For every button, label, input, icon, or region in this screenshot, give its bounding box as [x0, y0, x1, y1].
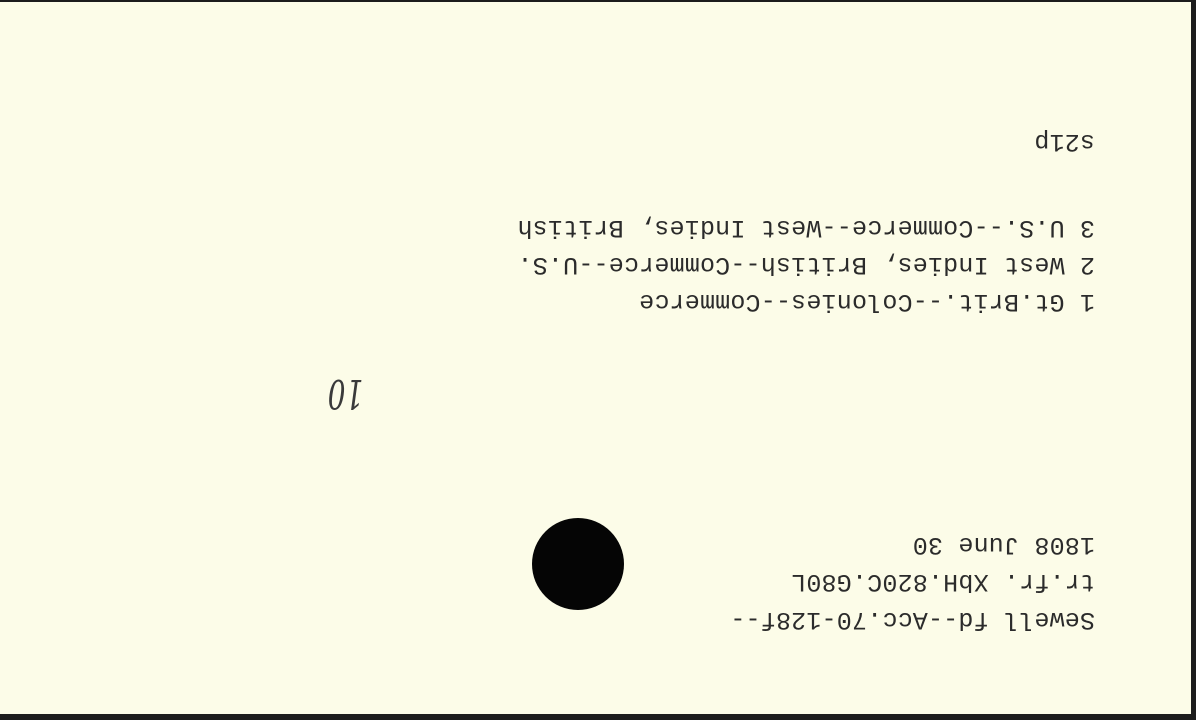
date-line: 1808 June 30 [913, 530, 1095, 559]
card-content-rotated: Sewell fd--Acc.70-128f-- tr.fr. XbH.820C… [0, 2, 1191, 714]
main-entry: Sewell fd--Acc.70-128f-- [730, 605, 1095, 634]
tracing-1: 1 Gt.Brit.--Colonies--Commerce [639, 287, 1095, 316]
punch-hole [532, 518, 624, 610]
handwritten-mark: 10 [328, 370, 364, 416]
catalog-card: Sewell fd--Acc.70-128f-- tr.fr. XbH.820C… [0, 2, 1191, 714]
tracing-3: 3 U.S.--Commerce--West Indies, British [517, 213, 1095, 242]
call-number-line: tr.fr. XbH.820C.G80L [791, 567, 1095, 596]
tracing-2: 2 West Indies, British--Commerce--U.S. [517, 250, 1095, 279]
stamp-code: s21p [1034, 127, 1095, 156]
